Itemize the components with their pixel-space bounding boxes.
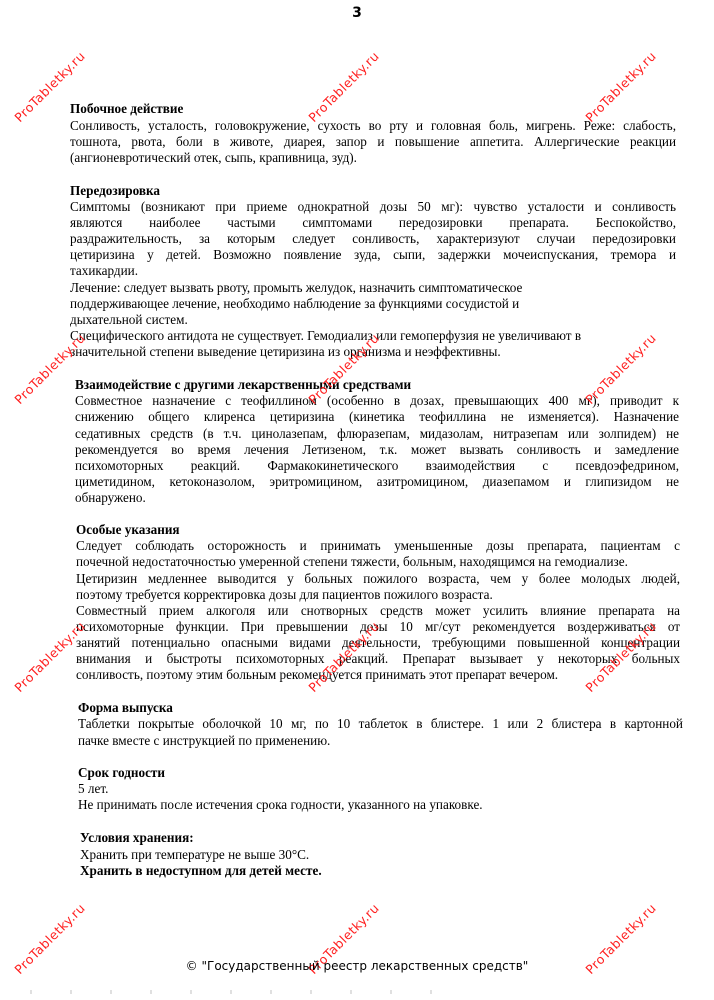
special-instructions-line: почечной недостаточностью умеренной степ…	[76, 554, 628, 570]
side-effects-line: (ангионевротический отек, сыпь, крапивни…	[70, 150, 357, 166]
special-instructions-line: сонливость, поэтому этим больным рекомен…	[76, 667, 558, 683]
section-title-special-instructions: Особые указания	[76, 522, 180, 538]
section-title-release-form: Форма выпуска	[78, 700, 173, 716]
storage-line-bold: Хранить в недоступном для детей месте.	[80, 863, 322, 879]
section-title-storage: Условия хранения:	[80, 830, 194, 846]
overdose-treatment-line: дыхательной систем.	[70, 312, 188, 328]
shelf-life-line: Не принимать после истечения срока годно…	[78, 797, 483, 813]
special-instructions-line: Цетиризин медленнее выводится у больных …	[76, 571, 680, 587]
special-instructions-line: внимания и быстроты психомоторных реакци…	[76, 651, 680, 667]
release-form-line: пачке вместе с инструкцией по применению…	[78, 733, 330, 749]
interactions-line: психомоторных реакций. Фармакокинетическ…	[75, 458, 679, 474]
release-form-line: Таблетки покрытые оболочкой 10 мг, по 10…	[78, 716, 683, 732]
section-title-interactions: Взаимодействие с другими лекарственными …	[75, 377, 411, 393]
overdose-line: являются наиболее частыми симптомами пер…	[70, 215, 676, 231]
overdose-line: тахикардии.	[70, 263, 138, 279]
section-title-overdose: Передозировка	[70, 183, 160, 199]
section-title-shelf-life: Срок годности	[78, 765, 165, 781]
side-effects-line: тошнота, рвота, боли в животе, диарея, з…	[70, 134, 676, 150]
section-title-side-effects: Побочное действие	[70, 101, 183, 117]
special-instructions-line: Следует соблюдать осторожность и принима…	[76, 538, 680, 554]
interactions-line: обнаружено.	[75, 490, 146, 506]
storage-line: Хранить при температуре не выше 30°С.	[80, 847, 309, 863]
interactions-line: циметидином, кетоконазолом, эритромицино…	[75, 474, 679, 490]
overdose-treatment-line: Лечение: следует вызвать рвоту, промыть …	[70, 280, 522, 296]
special-instructions-line: поэтому требуется корректировка дозы для…	[76, 587, 493, 603]
side-effects-line: Сонливость, усталость, головокружение, с…	[70, 118, 676, 134]
copyright-footer: © "Государственный реестр лекарственных …	[0, 959, 714, 973]
special-instructions-line: Совместный прием алкоголя или снотворных…	[76, 603, 680, 619]
overdose-antidote-line: Специфического антидота не существует. Г…	[70, 328, 581, 344]
special-instructions-line: занятий потенциально опасными видами дея…	[76, 635, 680, 651]
overdose-line: раздражительность, за которым следует со…	[70, 231, 676, 247]
interactions-line: седативных средств (в т.ч. цинолазепам, …	[75, 426, 679, 442]
document-body: Побочное действие Сонливость, усталость,…	[0, 0, 714, 1000]
overdose-line: цетиризина у детей. Возможно появление з…	[70, 247, 676, 263]
shelf-life-line: 5 лет.	[78, 781, 108, 797]
scan-artifact	[30, 990, 450, 994]
overdose-antidote-line: значительной степени выведение цетиризин…	[70, 344, 501, 360]
overdose-treatment-line: поддерживающее лечение, необходимо наблю…	[70, 296, 519, 312]
overdose-line: Симптомы (возникают при приеме однократн…	[70, 199, 676, 215]
interactions-line: Совместное назначение с теофиллином (осо…	[75, 393, 679, 409]
special-instructions-line: психомоторные функции. При превышении до…	[76, 619, 680, 635]
interactions-line: рекомендуется во время лечения Летизеном…	[75, 442, 679, 458]
interactions-line: снижению общего клиренса цетиризина (кин…	[75, 409, 679, 425]
